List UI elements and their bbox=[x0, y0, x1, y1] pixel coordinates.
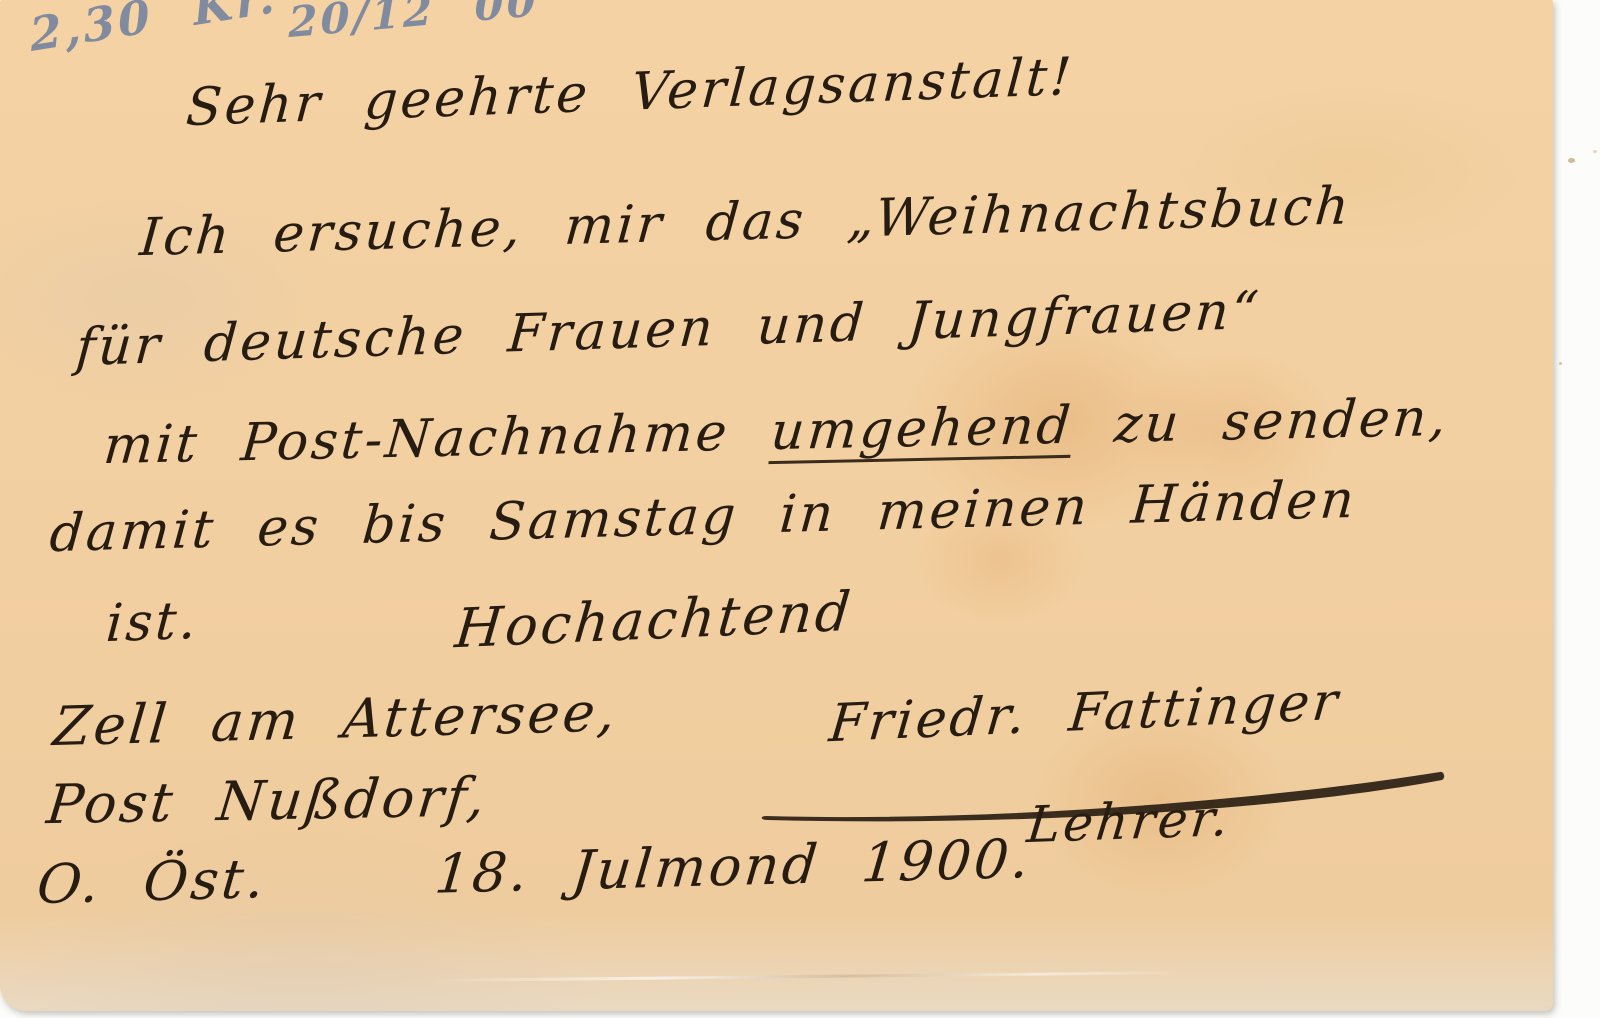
body-line-3-suffix: zu senden, bbox=[1070, 388, 1451, 456]
postcard: 2,30 Kr. 20/12 00 Sehr geehrte Verlagsan… bbox=[0, 0, 1553, 1011]
body-line-2: für deutsche Frauen und Jungfrauen“ bbox=[74, 285, 1263, 374]
scan-background: 2,30 Kr. 20/12 00 Sehr geehrte Verlagsan… bbox=[0, 0, 1600, 1018]
closing-line: Hochachtend bbox=[453, 585, 856, 657]
underlined-word: umgehend bbox=[769, 396, 1076, 462]
body-line-3-prefix: mit Post-Nachnahme bbox=[101, 402, 773, 476]
place-line-1: Zell am Attersee, bbox=[51, 685, 621, 754]
body-line-4: damit es bis Samstag in meinen Händen bbox=[48, 474, 1359, 560]
dust-speck bbox=[1568, 158, 1575, 163]
pencil-date-note: 20/12 00 bbox=[288, 0, 539, 44]
place-line-2: Post Nußdorf, bbox=[44, 770, 490, 832]
salutation-line: Sehr geehrte Verlagsanstalt! bbox=[184, 51, 1075, 134]
pencil-price-note: 2,30 Kr. bbox=[28, 0, 279, 58]
date-line: O. Öst. 18. Julmond 1900. bbox=[35, 832, 1034, 912]
body-line-5: ist. bbox=[104, 595, 200, 650]
signature-title: Lehrer. bbox=[1025, 793, 1234, 850]
dust-speck bbox=[1593, 150, 1597, 153]
dust-speck bbox=[1559, 362, 1562, 365]
signature-name: Friedr. Fattinger bbox=[827, 676, 1343, 751]
body-line-3: mit Post-Nachnahme umgehend zu senden, bbox=[102, 392, 1451, 472]
body-line-1: Ich ersuche, mir das „Weihnachtsbuch bbox=[138, 180, 1354, 264]
paper-crease bbox=[430, 971, 1190, 982]
